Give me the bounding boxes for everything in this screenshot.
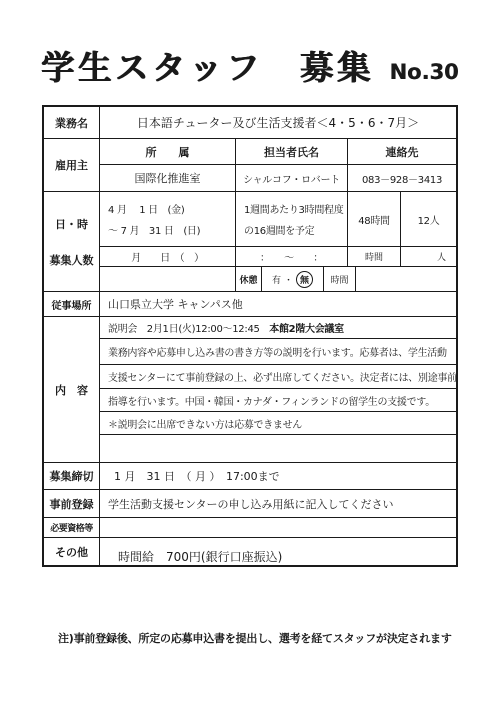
footer-note: 注)事前登録後、所定の応募申込書を提出し、選考を経てスタッフが決定されます [58, 630, 452, 646]
description-row: 内 容 説明会 2月1日(火)12:00～12:45 本館2階大会議室 業務内容… [44, 317, 456, 463]
description-warning: ＊説明会に出席できない方は応募できません [108, 416, 302, 431]
employer-value-row: 国際化推進室 シャルコフ・ロバート 083－928－3413 [100, 165, 456, 191]
preregistration-label: 事前登録 [44, 490, 100, 517]
break-empty-cell [100, 267, 236, 291]
title-block: 学生スタッフ 募集 No.30 [0, 42, 500, 89]
description-line-4: 指導を行います。中国・韓国・カナダ・フィンランドの留学生の支援です。 [100, 389, 457, 412]
document-page: 学生スタッフ 募集 No.30 業務名 日本語チューター及び生活支援者＜4・5・… [0, 0, 500, 709]
schedule-content: 4 月 1 日 (金) ～ 7 月 31 日 (日) 1週間あたり3時間程度 の… [100, 192, 456, 291]
break-trailing-empty [356, 267, 456, 291]
qualifications-value-empty [100, 518, 456, 537]
work-location-row: 従事場所 山口県立大学 キャンパス他 [44, 292, 456, 317]
description-text-3: 支援センターにて事前登録の上、必ず出席してください。決定者には、別途事前 [108, 369, 457, 384]
employer-label: 雇用主 [44, 139, 100, 191]
briefing-location: 本館2階大会議室 [269, 320, 344, 335]
phone-value: 083－928－3413 [348, 165, 456, 191]
description-content: 説明会 2月1日(火)12:00～12:45 本館2階大会議室 業務内容や応募申… [100, 317, 457, 462]
description-line-1: 説明会 2月1日(火)12:00～12:45 本館2階大会議室 [100, 317, 457, 339]
schedule-label: 日・時 募集人数 [44, 192, 100, 291]
schedule-row: 日・時 募集人数 4 月 1 日 (金) ～ 7 月 31 日 (日) 1週間あ… [44, 192, 456, 292]
other-value: 時間給 700円(銀行口座振込) [100, 538, 456, 565]
blank-time-field: ： ～ ： [236, 247, 348, 266]
recruitment-form-table: 業務名 日本語チューター及び生活支援者＜4・5・6・7月＞ 雇用主 所 属 担当… [42, 105, 458, 567]
employer-row: 雇用主 所 属 担当者氏名 連絡先 国際化推進室 シャルコフ・ロバート 083－… [44, 139, 456, 192]
work-location-value: 山口県立大学 キャンパス他 [100, 292, 456, 316]
break-label: 休憩 [236, 267, 262, 291]
page-title: 学生スタッフ 募集 [41, 42, 374, 89]
contact-person-value: シャルコフ・ロバート [236, 165, 348, 191]
blank-date-field: 月 日 （ ） [100, 247, 236, 266]
deadline-value: 1 月 31 日 （ 月 ） 17:00まで [100, 463, 456, 489]
description-text-2: 業務内容や応募申し込み書の書き方等の説明を行います。応募者は、学生活動 [108, 344, 447, 359]
phone-header: 連絡先 [348, 139, 456, 164]
other-row: その他 時間給 700円(銀行口座振込) [44, 538, 456, 565]
break-hours-label: 時間 [324, 267, 356, 291]
description-line-3: 支援センターにて事前登録の上、必ず出席してください。決定者には、別途事前 [100, 365, 457, 389]
period-start: 4 月 1 日 (金) [108, 201, 184, 216]
job-name-row: 業務名 日本語チューター及び生活支援者＜4・5・6・7月＞ [44, 107, 456, 139]
job-name-label: 業務名 [44, 107, 100, 138]
blank-hours-field: 時間 [348, 247, 401, 266]
period-subrow: 4 月 1 日 (金) ～ 7 月 31 日 (日) 1週間あたり3時間程度 の… [100, 192, 456, 247]
employer-header-row: 所 属 担当者氏名 連絡先 [100, 139, 456, 165]
department-value: 国際化推進室 [100, 165, 236, 191]
weekly-schedule: 1週間あたり3時間程度 の16週間を予定 [236, 192, 348, 246]
qualifications-label: 必要資格等 [44, 518, 100, 537]
period-end: ～ 7 月 31 日 (日) [108, 222, 200, 237]
description-line-2: 業務内容や応募申し込み書の書き方等の説明を行います。応募者は、学生活動 [100, 339, 457, 365]
weekly-schedule-line1: 1週間あたり3時間程度 [244, 201, 343, 216]
deadline-row: 募集締切 1 月 31 日 （ 月 ） 17:00まで [44, 463, 456, 490]
preregistration-row: 事前登録 学生活動支援センターの申し込み用紙に記入してください [44, 490, 456, 518]
break-yes: 有 [272, 273, 281, 286]
description-text-4: 指導を行います。中国・韓国・カナダ・フィンランドの留学生の支援です。 [108, 393, 435, 408]
employer-content: 所 属 担当者氏名 連絡先 国際化推進室 シャルコフ・ロバート 083－928－… [100, 139, 456, 191]
break-options: 有 ・ 無 [262, 267, 324, 291]
weekly-schedule-line2: の16週間を予定 [244, 222, 314, 237]
job-name-value: 日本語チューター及び生活支援者＜4・5・6・7月＞ [100, 107, 456, 138]
people-count: 12人 [401, 192, 456, 246]
description-empty-line [100, 435, 457, 462]
blank-subrow: 月 日 （ ） ： ～ ： 時間 人 [100, 247, 456, 267]
schedule-label-date: 日・時 [55, 216, 88, 232]
work-location-label: 従事場所 [44, 292, 100, 316]
blank-people-field: 人 [401, 247, 456, 266]
description-line-5: ＊説明会に出席できない方は応募できません [100, 412, 457, 435]
department-header: 所 属 [100, 139, 236, 164]
preregistration-value: 学生活動支援センターの申し込み用紙に記入してください [100, 490, 456, 517]
schedule-label-people: 募集人数 [50, 252, 94, 268]
break-subrow: 休憩 有 ・ 無 時間 [100, 267, 456, 291]
other-label: その他 [44, 538, 100, 565]
deadline-label: 募集締切 [44, 463, 100, 489]
break-no-circled: 無 [296, 271, 313, 288]
description-label: 内 容 [44, 317, 100, 462]
break-separator-dot: ・ [284, 273, 293, 286]
qualifications-row: 必要資格等 [44, 518, 456, 538]
period-dates: 4 月 1 日 (金) ～ 7 月 31 日 (日) [100, 192, 236, 246]
issue-number: No.30 [389, 60, 458, 84]
contact-person-header: 担当者氏名 [236, 139, 348, 164]
total-hours: 48時間 [348, 192, 401, 246]
briefing-datetime: 説明会 2月1日(火)12:00～12:45 [108, 320, 269, 335]
